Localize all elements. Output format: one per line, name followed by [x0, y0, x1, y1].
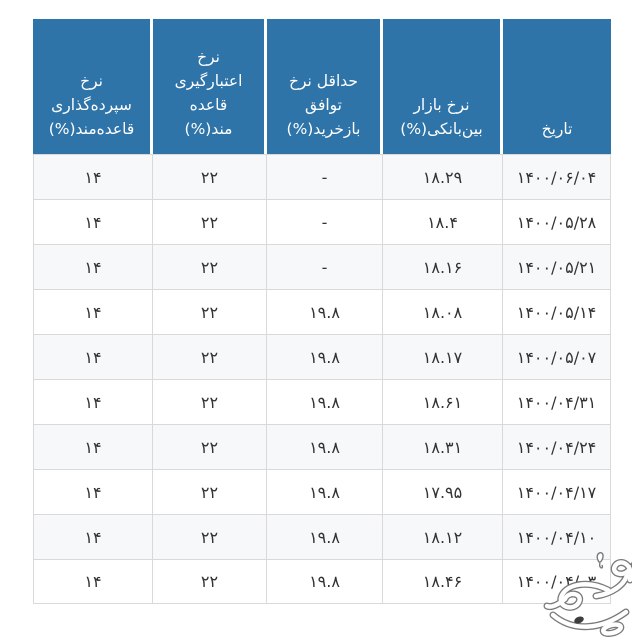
screenshot-canvas: تاریخ نرخ بازار بین‌بانکی(%) حداقل نرخ ت…	[0, 0, 632, 640]
cell-lending-rate: ۲۲	[153, 199, 267, 244]
table-row: ۱۴۰۰/۰۵/۱۴ ۱۸.۰۸ ۱۹.۸ ۲۲ ۱۴	[33, 289, 611, 334]
cell-interbank-rate: ۱۸.۳۱	[383, 424, 503, 469]
cell-lending-rate: ۲۲	[153, 154, 267, 199]
table-row: ۱۴۰۰/۰۵/۲۱ ۱۸.۱۶ - ۲۲ ۱۴	[33, 244, 611, 289]
table-row: ۱۴۰۰/۰۶/۰۴ ۱۸.۲۹ - ۲۲ ۱۴	[33, 154, 611, 199]
publisher-watermark-logo	[540, 548, 632, 640]
cell-interbank-rate: ۱۸.۲۹	[383, 154, 503, 199]
cell-deposit-rate: ۱۴	[33, 379, 153, 424]
table-body: ۱۴۰۰/۰۶/۰۴ ۱۸.۲۹ - ۲۲ ۱۴ ۱۴۰۰/۰۵/۲۸ ۱۸.۴…	[33, 154, 611, 604]
cell-date: ۱۴۰۰/۰۴/۲۴	[503, 424, 611, 469]
cell-lending-rate: ۲۲	[153, 469, 267, 514]
table-row: ۱۴۰۰/۰۴/۰۳ ۱۸.۴۶ ۱۹.۸ ۲۲ ۱۴	[33, 559, 611, 604]
cell-deposit-rate: ۱۴	[33, 334, 153, 379]
table-row: ۱۴۰۰/۰۴/۱۷ ۱۷.۹۵ ۱۹.۸ ۲۲ ۱۴	[33, 469, 611, 514]
cell-lending-rate: ۲۲	[153, 334, 267, 379]
cell-repo-min-rate: ۱۹.۸	[267, 559, 383, 604]
header-row: تاریخ نرخ بازار بین‌بانکی(%) حداقل نرخ ت…	[33, 19, 611, 154]
column-header-deposit-rate: نرخ سپرده‌گذاری قاعده‌مند(%)	[33, 19, 153, 154]
cell-lending-rate: ۲۲	[153, 514, 267, 559]
cell-lending-rate: ۲۲	[153, 559, 267, 604]
cell-repo-min-rate: ۱۹.۸	[267, 469, 383, 514]
table-row: ۱۴۰۰/۰۴/۳۱ ۱۸.۶۱ ۱۹.۸ ۲۲ ۱۴	[33, 379, 611, 424]
cell-repo-min-rate: -	[267, 244, 383, 289]
cell-date: ۱۴۰۰/۰۵/۲۱	[503, 244, 611, 289]
cell-deposit-rate: ۱۴	[33, 154, 153, 199]
cell-lending-rate: ۲۲	[153, 424, 267, 469]
cell-repo-min-rate: ۱۹.۸	[267, 424, 383, 469]
cell-interbank-rate: ۱۷.۹۵	[383, 469, 503, 514]
cell-deposit-rate: ۱۴	[33, 514, 153, 559]
table-row: ۱۴۰۰/۰۵/۰۷ ۱۸.۱۷ ۱۹.۸ ۲۲ ۱۴	[33, 334, 611, 379]
table-header: تاریخ نرخ بازار بین‌بانکی(%) حداقل نرخ ت…	[33, 19, 611, 154]
cell-deposit-rate: ۱۴	[33, 199, 153, 244]
column-header-repo-min-rate: حداقل نرخ توافق بازخرید(%)	[267, 19, 383, 154]
cell-date: ۱۴۰۰/۰۶/۰۴	[503, 154, 611, 199]
table-row: ۱۴۰۰/۰۵/۲۸ ۱۸.۴ - ۲۲ ۱۴	[33, 199, 611, 244]
table-row: ۱۴۰۰/۰۴/۲۴ ۱۸.۳۱ ۱۹.۸ ۲۲ ۱۴	[33, 424, 611, 469]
cell-interbank-rate: ۱۸.۴	[383, 199, 503, 244]
cell-date: ۱۴۰۰/۰۵/۲۸	[503, 199, 611, 244]
cell-repo-min-rate: ۱۹.۸	[267, 334, 383, 379]
cell-date: ۱۴۰۰/۰۴/۱۷	[503, 469, 611, 514]
cell-interbank-rate: ۱۸.۱۲	[383, 514, 503, 559]
cell-interbank-rate: ۱۸.۰۸	[383, 289, 503, 334]
cell-repo-min-rate: ۱۹.۸	[267, 289, 383, 334]
cell-deposit-rate: ۱۴	[33, 559, 153, 604]
cell-repo-min-rate: -	[267, 154, 383, 199]
cell-deposit-rate: ۱۴	[33, 244, 153, 289]
rates-table: تاریخ نرخ بازار بین‌بانکی(%) حداقل نرخ ت…	[33, 19, 611, 604]
cell-interbank-rate: ۱۸.۴۶	[383, 559, 503, 604]
column-header-interbank-rate: نرخ بازار بین‌بانکی(%)	[383, 19, 503, 154]
cell-interbank-rate: ۱۸.۶۱	[383, 379, 503, 424]
cell-lending-rate: ۲۲	[153, 289, 267, 334]
column-header-lending-rate: نرخ اعتبارگیری قاعده مند(%)	[153, 19, 267, 154]
cell-lending-rate: ۲۲	[153, 379, 267, 424]
cell-interbank-rate: ۱۸.۱۶	[383, 244, 503, 289]
cell-repo-min-rate: -	[267, 199, 383, 244]
cell-date: ۱۴۰۰/۰۵/۰۷	[503, 334, 611, 379]
cell-date: ۱۴۰۰/۰۵/۱۴	[503, 289, 611, 334]
column-header-date: تاریخ	[503, 19, 611, 154]
cell-deposit-rate: ۱۴	[33, 424, 153, 469]
cell-date: ۱۴۰۰/۰۴/۳۱	[503, 379, 611, 424]
cell-deposit-rate: ۱۴	[33, 289, 153, 334]
cell-interbank-rate: ۱۸.۱۷	[383, 334, 503, 379]
cell-lending-rate: ۲۲	[153, 244, 267, 289]
cell-repo-min-rate: ۱۹.۸	[267, 514, 383, 559]
table-row: ۱۴۰۰/۰۴/۱۰ ۱۸.۱۲ ۱۹.۸ ۲۲ ۱۴	[33, 514, 611, 559]
cell-deposit-rate: ۱۴	[33, 469, 153, 514]
cell-repo-min-rate: ۱۹.۸	[267, 379, 383, 424]
